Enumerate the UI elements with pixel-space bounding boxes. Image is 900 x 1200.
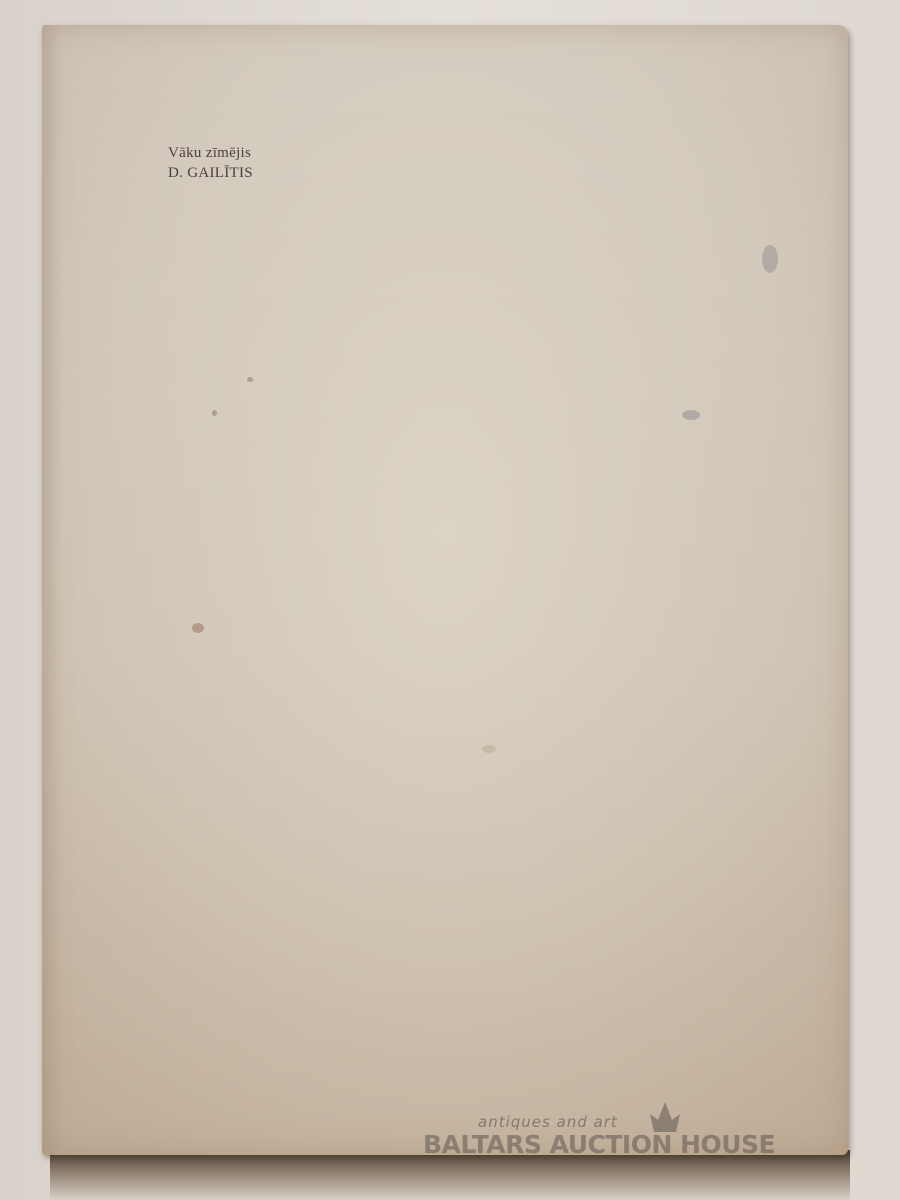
credit-label: Vāku zīmējis <box>168 143 253 163</box>
stain <box>762 245 778 273</box>
stain <box>682 410 700 420</box>
book-back-cover: Vāku zīmējis D. GAILĪTIS <box>42 25 848 1155</box>
credit-artist-name: D. GAILĪTIS <box>168 163 253 183</box>
stain <box>212 410 217 416</box>
crown-logo-icon <box>648 1102 682 1132</box>
stain <box>192 623 204 633</box>
watermark-name: BALTARS AUCTION HOUSE <box>423 1130 775 1159</box>
stain <box>482 745 496 753</box>
watermark-tagline: antiques and art <box>478 1113 618 1131</box>
stain <box>247 377 253 382</box>
cover-artist-credit: Vāku zīmējis D. GAILĪTIS <box>168 143 253 183</box>
